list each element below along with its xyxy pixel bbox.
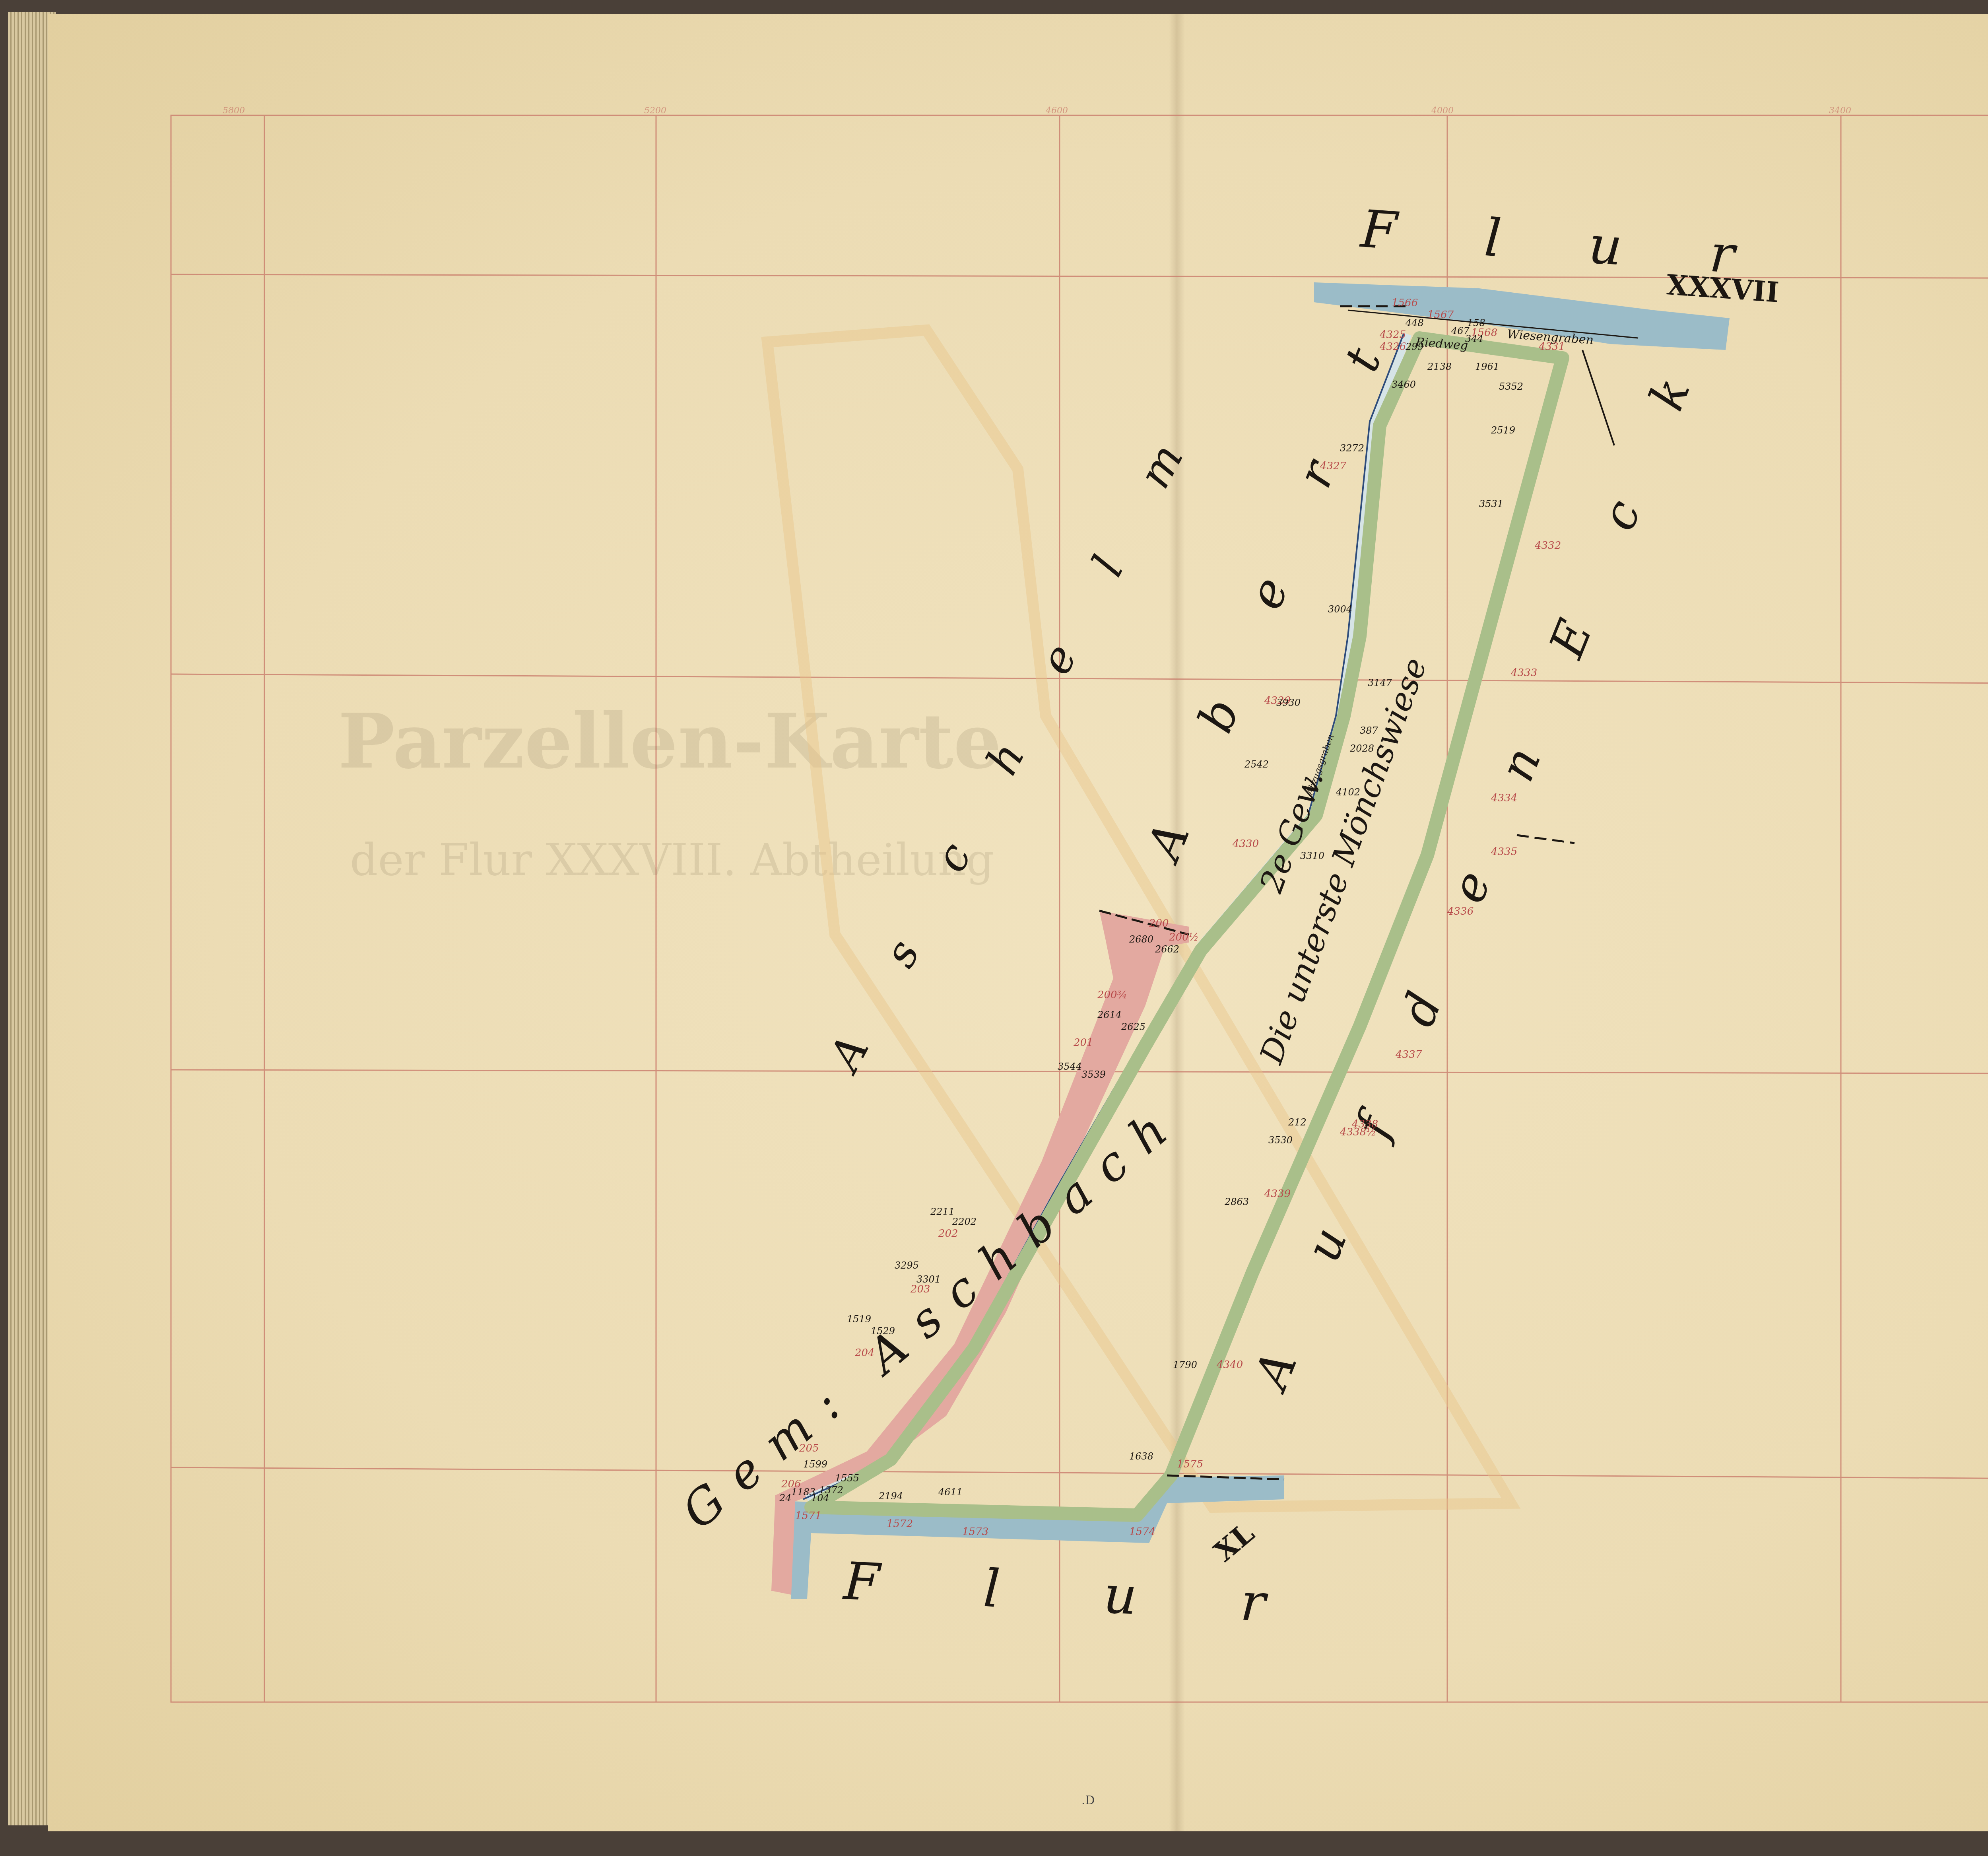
svg-text:205: 205: [799, 1442, 819, 1454]
svg-text:3400: 3400: [1829, 106, 1851, 116]
cadastral-map: Parzellen-Karte der Flur XXXVIII. Abthei…: [0, 0, 1988, 1856]
svg-text:104: 104: [811, 1493, 829, 1504]
svg-text:1529: 1529: [871, 1325, 895, 1337]
svg-text:1599: 1599: [803, 1459, 827, 1470]
svg-text:1790: 1790: [1173, 1359, 1197, 1370]
svg-text:4333: 4333: [1510, 667, 1537, 679]
svg-text:202: 202: [938, 1228, 958, 1240]
svg-text:200¾: 200¾: [1097, 989, 1127, 1001]
svg-text:5800: 5800: [223, 106, 245, 116]
svg-text:1571: 1571: [795, 1510, 821, 1522]
svg-text:4102: 4102: [1336, 787, 1360, 798]
svg-text:387: 387: [1360, 725, 1378, 736]
svg-text:3544: 3544: [1058, 1061, 1082, 1072]
book-spread: Parzellen-Karte der Flur XXXVIII. Abthei…: [0, 0, 1988, 1856]
svg-text:201: 201: [1073, 1037, 1093, 1049]
svg-text:3460: 3460: [1392, 379, 1416, 390]
svg-text:2680: 2680: [1129, 934, 1153, 945]
svg-text:2614: 2614: [1097, 1009, 1122, 1020]
svg-text:344: 344: [1465, 333, 1483, 344]
svg-text:4330: 4330: [1232, 838, 1259, 850]
svg-text:4340: 4340: [1216, 1359, 1243, 1371]
svg-text:4334: 4334: [1491, 792, 1517, 804]
svg-text:3295: 3295: [895, 1260, 919, 1271]
svg-text:4336: 4336: [1447, 906, 1474, 917]
svg-text:1572: 1572: [887, 1518, 913, 1530]
svg-text:4611: 4611: [938, 1487, 963, 1498]
svg-text:F l u r: F l u r: [841, 1551, 1310, 1635]
svg-text:Parzellen-Karte: Parzellen-Karte: [338, 697, 1002, 785]
svg-text:299: 299: [1405, 341, 1424, 352]
svg-text:3530: 3530: [1268, 1135, 1293, 1146]
svg-text:3147: 3147: [1368, 677, 1392, 688]
svg-text:4337: 4337: [1395, 1049, 1422, 1061]
page-mark: .D: [1081, 1794, 1095, 1807]
svg-text:3004: 3004: [1328, 604, 1352, 615]
svg-text:2211: 2211: [930, 1206, 955, 1217]
svg-text:2662: 2662: [1155, 944, 1179, 955]
svg-text:4331: 4331: [1538, 341, 1565, 353]
svg-text:200½: 200½: [1169, 931, 1199, 943]
svg-text:1519: 1519: [847, 1314, 871, 1325]
svg-text:1567: 1567: [1427, 309, 1454, 321]
svg-text:2028: 2028: [1349, 743, 1374, 754]
svg-text:1573: 1573: [962, 1526, 988, 1538]
svg-text:3272: 3272: [1340, 443, 1364, 454]
svg-text:200: 200: [1149, 917, 1169, 929]
svg-text:3930: 3930: [1276, 697, 1301, 708]
svg-text:3539: 3539: [1081, 1069, 1106, 1080]
svg-text:4339: 4339: [1264, 1188, 1291, 1200]
svg-text:1961: 1961: [1475, 361, 1499, 372]
svg-text:5352: 5352: [1499, 381, 1523, 392]
svg-text:1638: 1638: [1129, 1451, 1153, 1462]
svg-text:1575: 1575: [1177, 1458, 1203, 1470]
svg-text:4327: 4327: [1320, 460, 1347, 472]
svg-text:2625: 2625: [1121, 1021, 1145, 1032]
svg-text:4600: 4600: [1045, 106, 1068, 116]
svg-text:3310: 3310: [1300, 850, 1324, 861]
svg-text:XL: XL: [1208, 1516, 1261, 1568]
svg-text:204: 204: [854, 1347, 875, 1359]
svg-text:2519: 2519: [1491, 425, 1515, 436]
svg-text:4335: 4335: [1491, 846, 1517, 858]
svg-text:4326: 4326: [1379, 341, 1406, 353]
svg-text:5200: 5200: [644, 106, 666, 116]
svg-text:2202: 2202: [952, 1216, 977, 1227]
svg-text:2863: 2863: [1224, 1196, 1249, 1207]
svg-text:1555: 1555: [835, 1473, 859, 1484]
svg-text:1566: 1566: [1392, 297, 1418, 309]
svg-text:2194: 2194: [878, 1491, 903, 1502]
dashed-boundary-right: [1517, 835, 1574, 843]
svg-text:der Flur XXXVIII. Abtheilung: der Flur XXXVIII. Abtheilung: [350, 834, 994, 885]
svg-text:4325: 4325: [1379, 329, 1406, 341]
svg-text:3531: 3531: [1479, 498, 1503, 509]
svg-text:2138: 2138: [1427, 361, 1452, 372]
grid-tick-labels: 5800 5200 4600 4000 3400: [223, 106, 1851, 116]
ghost-bleed-through: Parzellen-Karte der Flur XXXVIII. Abthei…: [338, 697, 1002, 885]
svg-text:4338½: 4338½: [1340, 1126, 1376, 1138]
svg-text:2542: 2542: [1244, 759, 1269, 770]
svg-text:4332: 4332: [1534, 540, 1561, 552]
svg-text:3301: 3301: [916, 1274, 941, 1285]
svg-text:212: 212: [1288, 1117, 1307, 1128]
side-path-line: [1582, 350, 1614, 445]
svg-text:203: 203: [910, 1283, 930, 1295]
svg-text:24: 24: [779, 1493, 792, 1504]
svg-text:4000: 4000: [1431, 106, 1454, 116]
svg-text:448: 448: [1405, 317, 1424, 328]
svg-text:1574: 1574: [1129, 1526, 1155, 1538]
svg-text:158: 158: [1467, 317, 1485, 328]
